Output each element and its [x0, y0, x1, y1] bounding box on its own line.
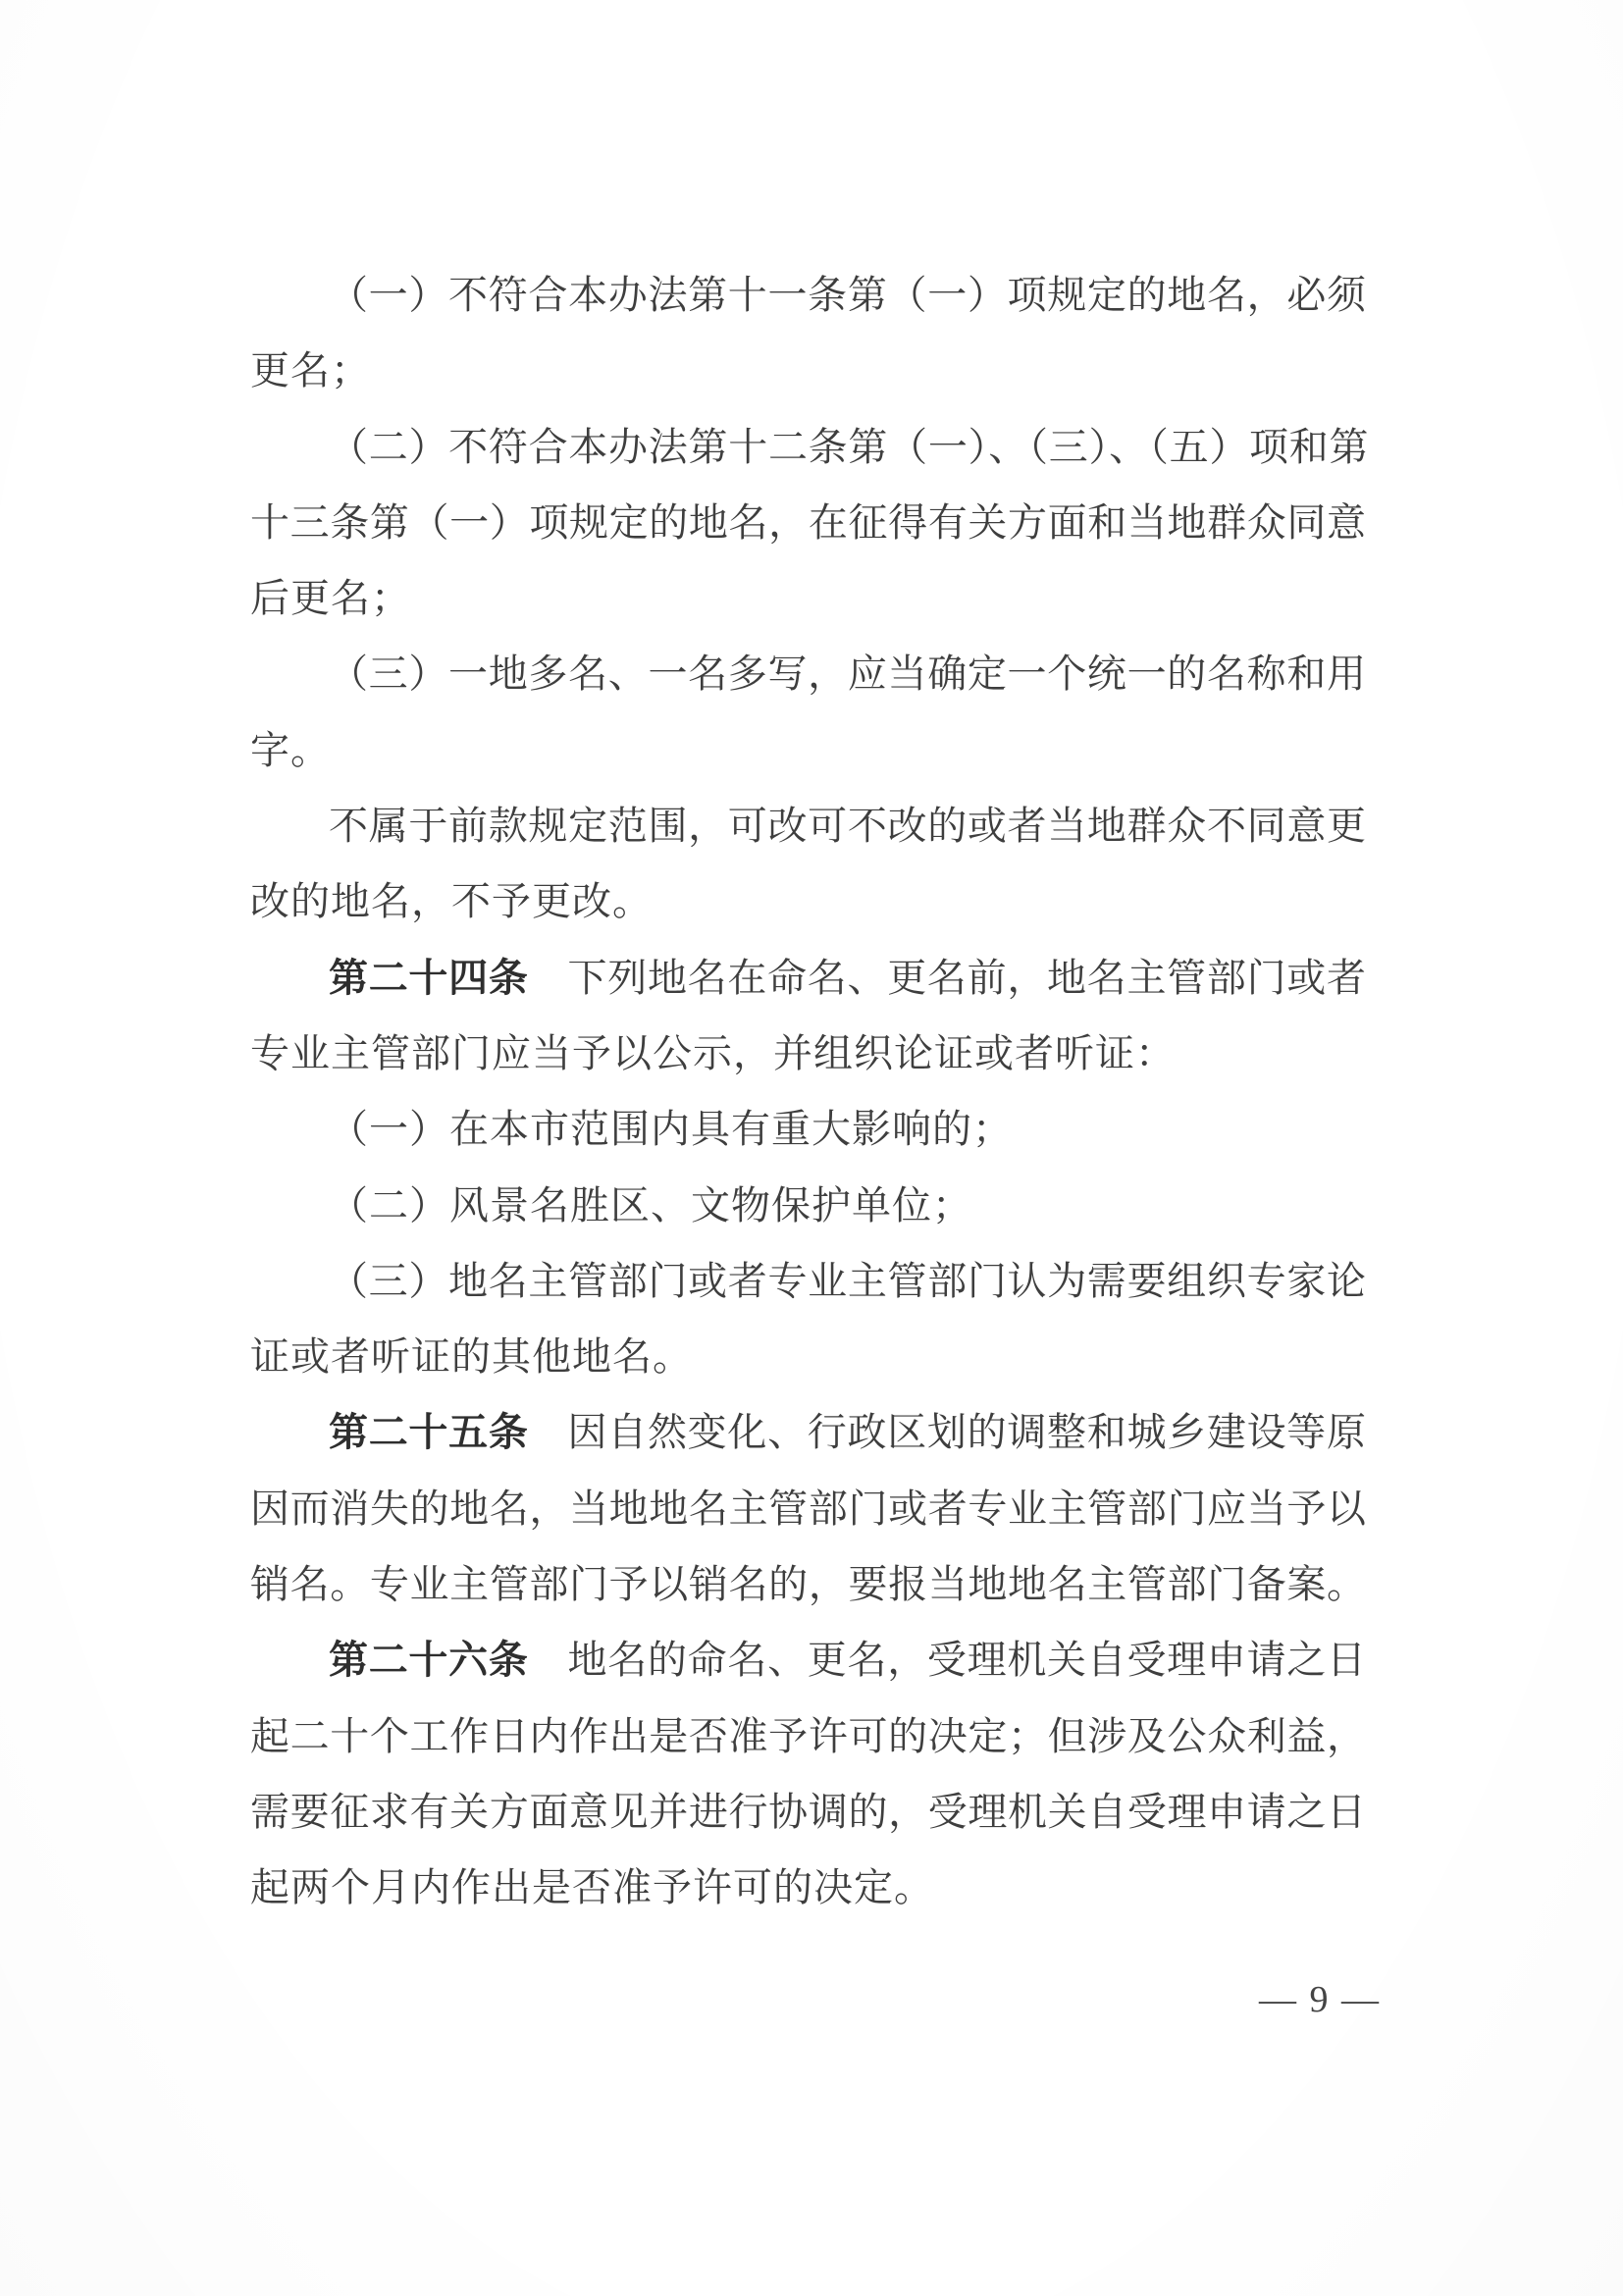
line-text: 地名的命名、更名，受理机关自受理申请之日: [568, 1638, 1366, 1682]
text-line: 因而消失的地名，当地地名主管部门或者专业主管部门应当予以: [250, 1471, 1366, 1546]
text-line: 不属于前款规定范围，可改可不改的或者当地群众不同意更: [250, 788, 1366, 863]
text-line: （三）地名主管部门或者专业主管部门认为需要组织专家论: [250, 1243, 1366, 1319]
article-number: 第二十五条: [329, 1411, 529, 1454]
text-line: 需要征求有关方面意见并进行协调的，受理机关自受理申请之日: [250, 1774, 1366, 1850]
line-text: 十三条第（一）项规定的地名，在征得有关方面和当地群众同意: [250, 500, 1366, 545]
text-line: （三）一地多名、一名多写，应当确定一个统一的名称和用: [250, 636, 1366, 711]
line-text: 字。: [250, 728, 331, 772]
text-line: 证或者听证的其他地名。: [250, 1319, 1366, 1394]
text-line: （一）不符合本办法第十一条第（一）项规定的地名，必须: [250, 257, 1366, 333]
line-text: 后更名；: [250, 576, 411, 620]
text-line: 后更名；: [250, 560, 1366, 636]
line-text: （三）地名主管部门或者专业主管部门认为需要组织专家论: [329, 1259, 1366, 1303]
text-line: 更名；: [250, 333, 1366, 408]
line-text: 更名；: [250, 348, 371, 392]
text-line: 销名。专业主管部门予以销名的，要报当地地名主管部门备案。: [250, 1546, 1366, 1622]
document-body: （一）不符合本办法第十一条第（一）项规定的地名，必须更名；（二）不符合本办法第十…: [250, 257, 1366, 1926]
line-text: （二）风景名胜区、文物保护单位；: [329, 1183, 972, 1227]
line-text: （一）不符合本办法第十一条第（一）项规定的地名，必须: [329, 273, 1366, 317]
document-page: （一）不符合本办法第十一条第（一）项规定的地名，必须更名；（二）不符合本办法第十…: [0, 0, 1623, 2296]
text-line: 第二十六条地名的命名、更名，受理机关自受理申请之日: [250, 1622, 1366, 1697]
line-text: 起两个月内作出是否准予许可的决定。: [250, 1865, 934, 1909]
line-text: 需要征求有关方面意见并进行协调的，受理机关自受理申请之日: [250, 1790, 1366, 1834]
article-number: 第二十四条: [329, 957, 529, 1000]
text-line: 起两个月内作出是否准予许可的决定。: [250, 1850, 1366, 1925]
text-line: 起二十个工作日内作出是否准予许可的决定；但涉及公众利益，: [250, 1698, 1366, 1774]
text-line: 改的地名，不予更改。: [250, 863, 1366, 939]
line-text: （三）一地多名、一名多写，应当确定一个统一的名称和用: [329, 652, 1366, 696]
line-text: （一）在本市范围内具有重大影响的；: [329, 1107, 1013, 1151]
article-number: 第二十六条: [329, 1639, 529, 1682]
line-text: （二）不符合本办法第十二条第（一）、（三）、（五）项和第: [329, 425, 1366, 469]
text-line: 第二十五条因自然变化、行政区划的调整和城乡建设等原: [250, 1394, 1366, 1470]
text-line: 字。: [250, 712, 1366, 788]
line-text: 证或者听证的其他地名。: [250, 1334, 693, 1379]
line-text: 因而消失的地名，当地地名主管部门或者专业主管部门应当予以: [250, 1487, 1366, 1531]
line-text: 下列地名在命名、更名前，地名主管部门或者: [568, 956, 1366, 1000]
line-text: 起二十个工作日内作出是否准予许可的决定；但涉及公众利益，: [250, 1714, 1366, 1758]
text-line: （一）在本市范围内具有重大影响的；: [250, 1091, 1366, 1167]
line-text: 销名。专业主管部门予以销名的，要报当地地名主管部门备案。: [250, 1562, 1366, 1606]
text-line: （二）不符合本办法第十二条第（一）、（三）、（五）项和第: [250, 409, 1366, 485]
text-line: 十三条第（一）项规定的地名，在征得有关方面和当地群众同意: [250, 485, 1366, 560]
text-line: （二）风景名胜区、文物保护单位；: [250, 1168, 1366, 1243]
line-text: 因自然变化、行政区划的调整和城乡建设等原: [568, 1410, 1366, 1454]
line-text: 改的地名，不予更改。: [250, 879, 653, 923]
line-text: 不属于前款规定范围，可改可不改的或者当地群众不同意更: [329, 804, 1366, 848]
line-text: 专业主管部门应当予以公示，并组织论证或者听证：: [250, 1031, 1176, 1075]
text-line: 第二十四条下列地名在命名、更名前，地名主管部门或者: [250, 940, 1366, 1016]
page-number: — 9 —: [1259, 1978, 1381, 2021]
text-line: 专业主管部门应当予以公示，并组织论证或者听证：: [250, 1016, 1366, 1091]
